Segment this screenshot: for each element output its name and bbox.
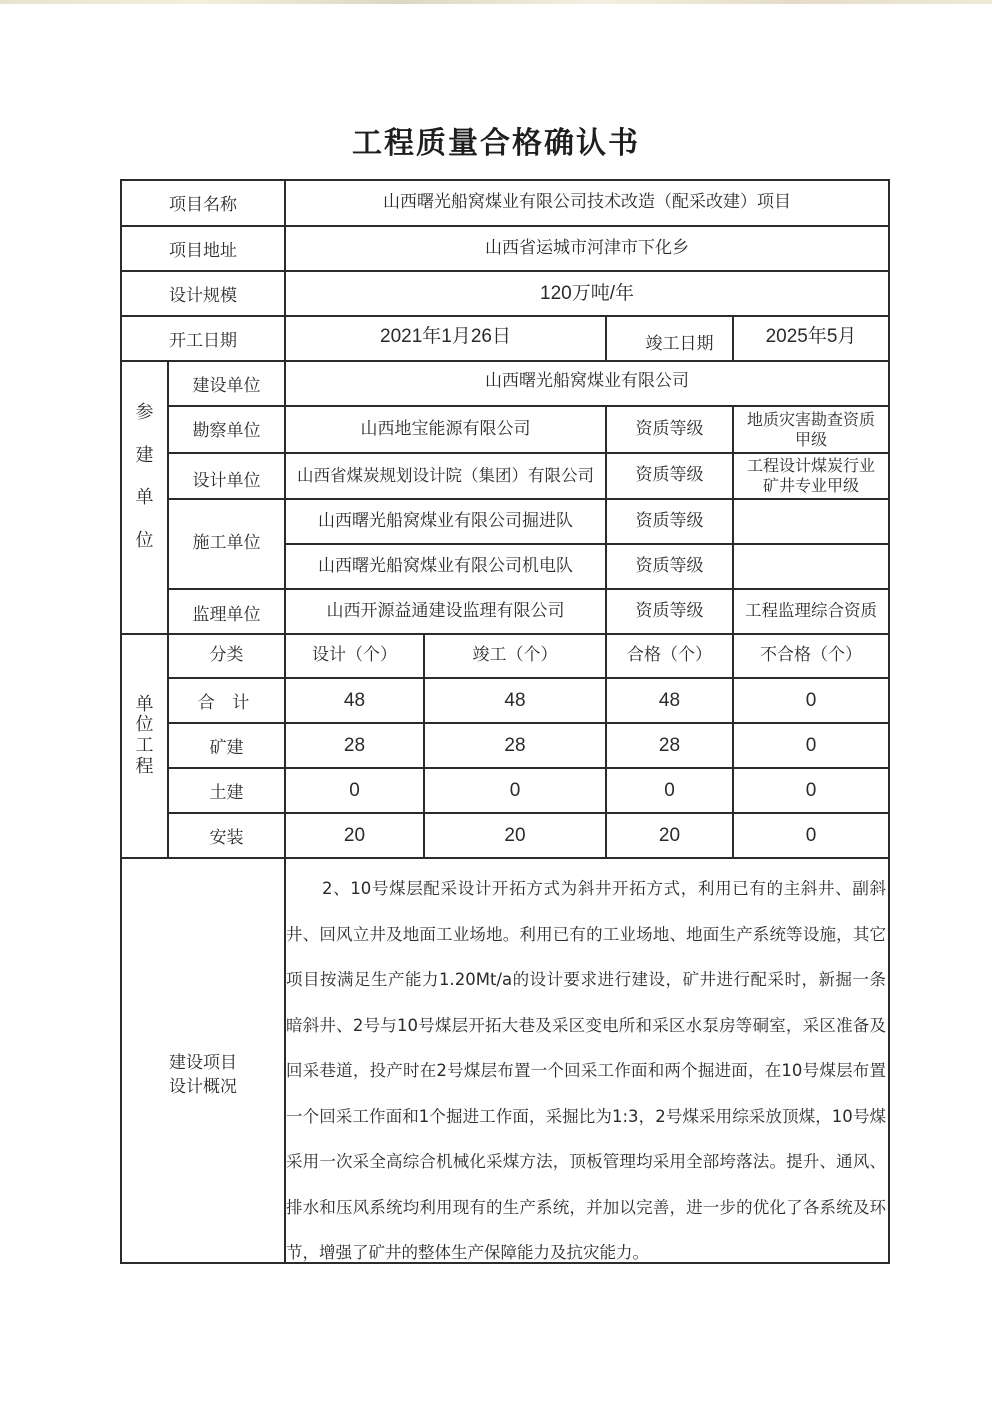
group-char: 程 bbox=[136, 757, 154, 778]
project-name-value: 山西曙光船窝煤业有限公司技术改造（配采改建）项目 bbox=[286, 181, 888, 225]
overview-label: 建设项目 设计概况 bbox=[122, 859, 284, 1262]
participant-role: 设计单位 bbox=[169, 454, 284, 498]
end-date-label: 竣工日期 bbox=[607, 317, 732, 360]
completed-count: 20 bbox=[425, 814, 605, 857]
project-address-value: 山西省运城市河津市下化乡 bbox=[286, 227, 888, 270]
unqualified-count: 0 bbox=[734, 724, 888, 767]
overview-text-block: 2、10号煤层配采设计开拓方式为斜井开拓方式，利用已有的主斜井、副斜井、回风立井… bbox=[286, 866, 886, 1276]
completed-count: 28 bbox=[425, 724, 605, 767]
document-title: 工程质量合格确认书 bbox=[0, 118, 992, 162]
qualification-value: 工程设计煤炭行业 矿井专业甲级 bbox=[734, 454, 888, 498]
participant-role: 勘察单位 bbox=[169, 407, 284, 452]
design-count: 0 bbox=[286, 769, 423, 812]
design-scale-label: 设计规模 bbox=[122, 272, 284, 315]
overview-text: 2、10号煤层配采设计开拓方式为斜井开拓方式，利用已有的主斜井、副斜井、回风立井… bbox=[286, 879, 886, 1262]
column-header: 合格（个） bbox=[607, 635, 732, 677]
design-count: 48 bbox=[286, 679, 423, 722]
group-char: 单 bbox=[136, 487, 154, 510]
column-header: 竣工（个） bbox=[425, 635, 605, 677]
category-cell: 土建 bbox=[169, 769, 284, 812]
qualification-label: 资质等级 bbox=[607, 590, 732, 633]
category-cell: 合 计 bbox=[169, 679, 284, 722]
column-header: 分类 bbox=[169, 635, 284, 677]
completed-count: 48 bbox=[425, 679, 605, 722]
qualification-value bbox=[734, 545, 888, 588]
participant-name: 山西曙光船窝煤业有限公司 bbox=[286, 362, 888, 405]
group-char: 工 bbox=[136, 736, 154, 757]
project-name-label: 项目名称 bbox=[122, 181, 284, 225]
qualification-value: 地质灾害勘查资质 甲级 bbox=[734, 407, 888, 452]
qualification-line: 甲级 bbox=[795, 430, 827, 450]
category-cell: 矿建 bbox=[169, 724, 284, 767]
participant-name: 山西省煤炭规划设计院（集团）有限公司 bbox=[286, 454, 605, 498]
participant-name: 山西曙光船窝煤业有限公司掘进队 bbox=[286, 500, 605, 543]
qualification-label: 资质等级 bbox=[607, 500, 732, 543]
overview-label-line: 设计概况 bbox=[169, 1076, 237, 1100]
qualification-line: 地质灾害勘查资质 bbox=[747, 410, 875, 430]
qualified-count: 0 bbox=[607, 769, 732, 812]
group-char: 参 bbox=[136, 402, 154, 425]
unqualified-count: 0 bbox=[734, 814, 888, 857]
group-char: 单 bbox=[136, 695, 154, 716]
participant-name: 山西地宝能源有限公司 bbox=[286, 407, 605, 452]
qualification-value: 工程监理综合资质 bbox=[734, 590, 888, 633]
qualification-label: 资质等级 bbox=[607, 545, 732, 588]
qualification-line: 工程设计煤炭行业 bbox=[747, 456, 875, 476]
qualification-label: 资质等级 bbox=[607, 407, 732, 452]
qualified-count: 48 bbox=[607, 679, 732, 722]
scan-edge-artifact bbox=[0, 0, 992, 4]
category-cell: 安装 bbox=[169, 814, 284, 857]
completed-count: 0 bbox=[425, 769, 605, 812]
qualification-label: 资质等级 bbox=[607, 454, 732, 498]
group-char: 建 bbox=[136, 445, 154, 468]
participant-name: 山西开源益通建设监理有限公司 bbox=[286, 590, 605, 633]
group-char: 位 bbox=[136, 715, 154, 736]
design-count: 28 bbox=[286, 724, 423, 767]
qualified-count: 28 bbox=[607, 724, 732, 767]
end-date-value: 2025年5月 bbox=[734, 317, 888, 360]
participants-group-label: 参 建 单 位 bbox=[122, 362, 167, 633]
design-scale-value: 120万吨/年 bbox=[286, 272, 888, 315]
start-date-label: 开工日期 bbox=[122, 317, 284, 360]
qualification-line: 矿井专业甲级 bbox=[763, 476, 859, 496]
column-header: 不合格（个） bbox=[734, 635, 888, 677]
design-count: 20 bbox=[286, 814, 423, 857]
start-date-value: 2021年1月26日 bbox=[286, 317, 605, 360]
unit-engineering-group-label: 单 位 工 程 bbox=[122, 635, 167, 857]
participant-role: 监理单位 bbox=[169, 590, 284, 633]
participant-role: 施工单位 bbox=[169, 500, 284, 588]
project-address-label: 项目地址 bbox=[122, 227, 284, 270]
participant-role: 建设单位 bbox=[169, 362, 284, 405]
table-border-right bbox=[888, 179, 890, 1264]
group-char: 位 bbox=[136, 530, 154, 553]
column-header: 设计（个） bbox=[286, 635, 423, 677]
unqualified-count: 0 bbox=[734, 679, 888, 722]
qualified-count: 20 bbox=[607, 814, 732, 857]
participant-name: 山西曙光船窝煤业有限公司机电队 bbox=[286, 545, 605, 588]
qualification-value bbox=[734, 500, 888, 543]
unqualified-count: 0 bbox=[734, 769, 888, 812]
overview-label-line: 建设项目 bbox=[169, 1052, 237, 1076]
